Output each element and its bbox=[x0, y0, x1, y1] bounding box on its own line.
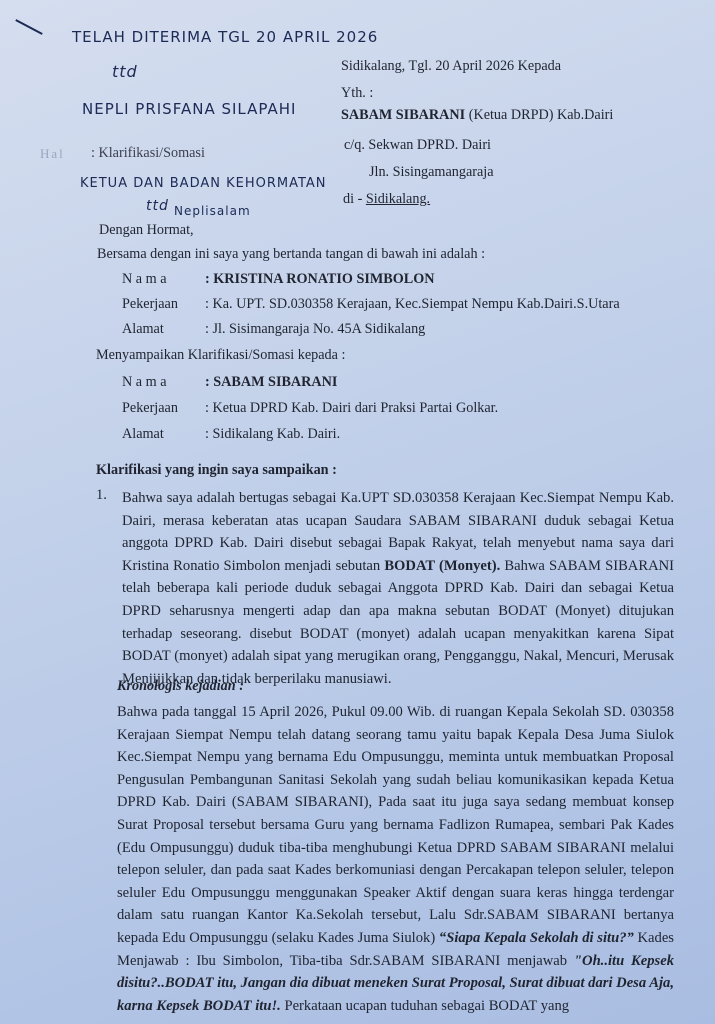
field-value: : Sidikalang Kab. Dairi. bbox=[205, 426, 340, 442]
greeting: Dengan Hormat, bbox=[99, 222, 194, 239]
addressee-name: SABAM SIBARANI bbox=[341, 107, 465, 123]
field-label: N a m a bbox=[122, 374, 205, 391]
subject-value: : Klarifikasi/Somasi bbox=[91, 145, 205, 162]
chronology-paragraph: Bahwa pada tanggal 15 April 2026, Pukul … bbox=[117, 701, 674, 1017]
handwritten-receiver-name-2: Neplisalam bbox=[174, 204, 251, 218]
field-value: : Jl. Sisimangaraja No. 45A Sidikalang bbox=[205, 321, 425, 337]
clarification-heading: Klarifikasi yang ingin saya sampaikan : bbox=[96, 462, 337, 479]
street-line: Jln. Sisingamangaraja bbox=[369, 164, 494, 181]
field-value: : Ka. UPT. SD.030358 Kerajaan, Kec.Siemp… bbox=[205, 296, 620, 312]
place-date: Sidikalang, Tgl. 20 April 2026 Kepada bbox=[341, 58, 561, 75]
chronology-heading: Kronologis kejadian : bbox=[117, 678, 244, 695]
field-value: : Ketua DPRD Kab. Dairi dari Praksi Part… bbox=[205, 400, 498, 416]
handwritten-signature-2: ttd bbox=[146, 198, 169, 214]
care-of-line: c/q. Sekwan DPRD. Dairi bbox=[344, 137, 491, 154]
city-prefix: di - bbox=[343, 191, 366, 207]
recipient-name-row: N a m a: SABAM SIBARANI bbox=[122, 374, 337, 391]
sender-address-row: Alamat: Jl. Sisimangaraja No. 45A Sidika… bbox=[122, 321, 425, 338]
chronology-text: Bahwa pada tanggal 15 April 2026, Pukul … bbox=[117, 704, 674, 946]
field-label: Pekerjaan bbox=[122, 296, 205, 313]
point-number: 1. bbox=[96, 487, 107, 504]
field-label: N a m a bbox=[122, 271, 205, 288]
field-label: Alamat bbox=[122, 321, 205, 338]
chronology-text-end: Perkataan ucapan tuduhan sebagai BODAT y… bbox=[281, 998, 569, 1014]
addressee-line: SABAM SIBARANI (Ketua DRPD) Kab.Dairi bbox=[341, 107, 613, 124]
recipient-address-row: Alamat: Sidikalang Kab. Dairi. bbox=[122, 426, 340, 443]
recipient-intro: Menyampaikan Klarifikasi/Somasi kepada : bbox=[96, 347, 345, 364]
field-label: Pekerjaan bbox=[122, 400, 205, 417]
yth-label: Yth. : bbox=[341, 85, 373, 102]
letter-page: TELAH DITERIMA TGL 20 APRIL 2026 ttd NEP… bbox=[0, 0, 715, 1024]
field-value: : KRISTINA RONATIO SIMBOLON bbox=[205, 271, 435, 287]
sender-name-row: N a m a: KRISTINA RONATIO SIMBOLON bbox=[122, 271, 435, 288]
field-label: Alamat bbox=[122, 426, 205, 443]
point-1-text-continued: Bahwa SABAM SIBARANI telah beberapa kali… bbox=[122, 558, 674, 687]
point-1-bold-term: BODAT (Monyet). bbox=[384, 558, 500, 574]
city-name: Sidikalang. bbox=[366, 191, 430, 207]
point-1-paragraph: Bahwa saya adalah bertugas sebagai Ka.UP… bbox=[122, 487, 674, 690]
handwritten-received-note: TELAH DITERIMA TGL 20 APRIL 2026 bbox=[72, 28, 378, 46]
handwritten-note-ketua: KETUA DAN BADAN KEHORMATAN bbox=[80, 176, 327, 191]
addressee-title: (Ketua DRPD) Kab.Dairi bbox=[465, 107, 613, 123]
field-value: : SABAM SIBARANI bbox=[205, 374, 337, 390]
handwritten-receiver-name: NEPLI PRISFANA SILAPAHI bbox=[82, 100, 296, 118]
recipient-job-row: Pekerjaan: Ketua DPRD Kab. Dairi dari Pr… bbox=[122, 400, 498, 417]
subject-label: Hal bbox=[40, 146, 65, 162]
handwritten-signature-1: ttd bbox=[112, 62, 138, 81]
pen-stroke-mark bbox=[15, 19, 42, 35]
chronology-quote-1: “Siapa Kepala Sekolah di situ?” bbox=[439, 930, 634, 946]
intro-line: Bersama dengan ini saya yang bertanda ta… bbox=[97, 246, 485, 263]
city-line: di - Sidikalang. bbox=[343, 191, 430, 208]
sender-job-row: Pekerjaan: Ka. UPT. SD.030358 Kerajaan, … bbox=[122, 296, 620, 313]
